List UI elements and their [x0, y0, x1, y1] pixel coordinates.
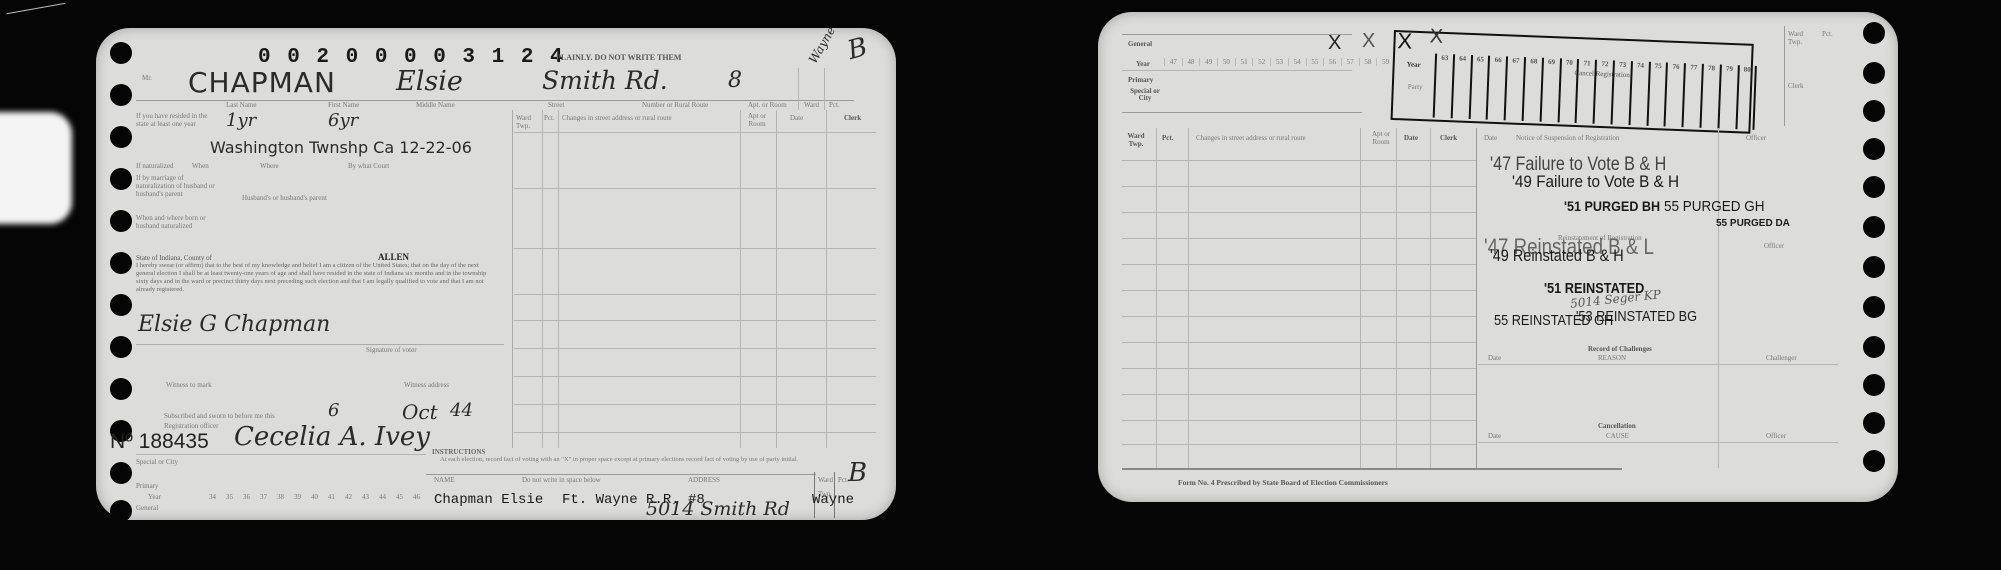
year-cell: 58 — [1359, 58, 1377, 66]
year-strip-left: 47 48 49 50 51 52 53 54 55 56 57 58 59 — [1164, 58, 1394, 66]
footer-label-address: ADDRESS — [688, 476, 720, 484]
footer-rule — [1122, 468, 1622, 470]
year-cell: 57 — [1341, 58, 1359, 66]
table-row-line — [514, 132, 876, 133]
year-cell: 52 — [1252, 58, 1270, 66]
table-col — [542, 110, 543, 448]
state-line: State of Indiana, County of — [136, 254, 212, 262]
year-cell: 44 — [374, 493, 391, 501]
clerk-label-top: Clerk — [1788, 82, 1804, 90]
punch-hole — [110, 500, 132, 522]
witness-address-label: Witness address — [404, 381, 449, 389]
table-row-line — [1122, 420, 1476, 421]
last-name: CHAPMAN — [188, 66, 336, 99]
instructions-text: At each election, record fact of voting … — [440, 456, 820, 464]
punch-hole — [110, 126, 132, 148]
voter-registration-card-back: General Year Primary Special or City 47 … — [1098, 12, 1898, 502]
vote-row-general: General — [1128, 40, 1152, 48]
title-prefix: Mr. — [142, 74, 152, 82]
punch-hole — [110, 210, 132, 232]
footer-label-note: Do not write in space below — [522, 476, 601, 484]
overlay-mark-62: X — [1429, 25, 1443, 48]
table-row-line — [1122, 342, 1476, 343]
cancellation-header-officer: Officer — [1766, 432, 1786, 440]
cancellation-header-date: Date — [1488, 432, 1501, 440]
punch-hole — [110, 336, 132, 358]
challenges-header-challenger: Challenger — [1766, 354, 1797, 362]
vote-row-special: Special or City — [1128, 88, 1162, 102]
year-cell: 37 — [255, 493, 272, 501]
label-middle-name: Middle Name — [416, 101, 455, 109]
vote-mark-56: X — [1328, 32, 1341, 55]
registrar-label: Registration officer — [164, 422, 219, 430]
table-col — [1156, 128, 1157, 468]
vote-mark-58: X — [1362, 30, 1375, 53]
reinstatement-entry: '49 Reinstated B & H — [1490, 246, 1624, 266]
footer-label-ward: Ward — [818, 476, 833, 484]
header-notice: PLAINLY. DO NOT WRITE THEM — [556, 53, 681, 62]
vote-row-general: General — [136, 504, 158, 512]
year-cell: 56 — [1323, 58, 1341, 66]
label-court: By what Court — [348, 162, 389, 170]
table-row-line — [1122, 186, 1476, 187]
table-row-line — [514, 320, 876, 321]
table-col — [1360, 128, 1361, 468]
footer-label-name: NAME — [434, 476, 455, 484]
label-when: When — [192, 162, 209, 170]
husband-label: If by marriage of naturalization of husb… — [136, 174, 216, 198]
table-row-line — [1122, 212, 1476, 213]
scanner-glare — [0, 112, 72, 224]
overlay-mark-61: X — [1397, 28, 1413, 55]
subscribed-day: 6 — [328, 400, 339, 421]
table-col — [1396, 128, 1397, 468]
overlay-year-cell: 80 — [1735, 65, 1757, 130]
changes-header-address: Changes in street address or rural route — [1196, 134, 1306, 142]
oath-text: I hereby swear (or affirm) that to the b… — [136, 262, 496, 294]
registrar-signature: Cecelia A. Ivey — [234, 422, 430, 452]
punch-hole — [1863, 256, 1885, 278]
year-cell: 39 — [289, 493, 306, 501]
voter-signature: Elsie G Chapman — [138, 312, 330, 337]
form-footer: Form No. 4 Prescribed by State Board of … — [1178, 478, 1388, 487]
table-row-line — [1122, 444, 1476, 445]
year-cell: 42 — [340, 493, 357, 501]
punch-hole — [110, 84, 132, 106]
overlay-year-strip: 63 64 65 66 67 68 69 70 71 72 73 74 75 7… — [1433, 54, 1758, 130]
vote-row-special: Special or City — [136, 458, 178, 466]
punch-hole — [1863, 296, 1885, 318]
first-name: Elsie — [396, 66, 463, 97]
changes-header-clerk: Clerk — [1440, 134, 1457, 142]
challenges-header-reason: REASON — [1598, 354, 1626, 362]
label-where: Where — [260, 162, 279, 170]
punch-hole — [1863, 100, 1885, 122]
suspension-entry: 55 PURGED GH — [1664, 198, 1765, 215]
divider — [798, 68, 799, 110]
residence-years-1: 1yr — [226, 110, 256, 131]
table-row-line — [1122, 264, 1476, 265]
cancellation-line — [1478, 442, 1838, 443]
year-cell: 47 — [1164, 58, 1182, 66]
vote-row-primary: Primary — [136, 482, 159, 490]
vote-row-year: Year — [1136, 60, 1150, 68]
label-number-route: Number or Rural Route — [642, 101, 708, 109]
instructions-line — [426, 474, 816, 475]
subscribed-label: Subscribed and sworn to before me this — [164, 412, 275, 420]
punch-hole — [1863, 450, 1885, 472]
table-col — [558, 110, 559, 448]
year-cell: 43 — [357, 493, 374, 501]
label-naturalized: If naturalized — [136, 162, 174, 170]
film-scratch — [6, 3, 65, 14]
punch-hole — [110, 252, 132, 274]
cancellation-title: Cancellation — [1598, 422, 1636, 430]
punch-hole — [1863, 336, 1885, 358]
signature-label: Signature of voter — [366, 346, 417, 354]
year-cell: 54 — [1288, 58, 1306, 66]
table-col — [776, 110, 777, 448]
punch-hole — [1863, 138, 1885, 160]
handwritten-address: 5014 Smith Rd — [646, 498, 790, 520]
table-row-line — [514, 404, 876, 405]
table-col — [740, 110, 741, 448]
table-col — [1430, 128, 1431, 468]
table-row-line — [1122, 316, 1476, 317]
table-col — [1476, 128, 1477, 468]
street-name: Smith Rd. — [542, 66, 668, 95]
instructions-title: INSTRUCTIONS — [432, 448, 485, 456]
year-cell: 36 — [238, 493, 255, 501]
corner-mark: B — [844, 32, 870, 66]
grid-line — [1122, 112, 1362, 113]
punch-hole — [1863, 62, 1885, 84]
column-divider — [512, 110, 513, 448]
changes-header-pct: Pct. — [544, 114, 555, 122]
card-number: Nº 188435 — [110, 430, 209, 454]
year-cell: 48 — [1182, 58, 1200, 66]
prior-residence-label: If you have resided in the state at leas… — [136, 112, 216, 128]
suspension-entry: '49 Failure to Vote B & H — [1512, 172, 1679, 192]
table-row-line — [1122, 290, 1476, 291]
voter-registration-card-front: 0 0 2 0 0 0 0 3 1 2 4 PLAINLY. DO NOT WR… — [96, 28, 896, 520]
punch-hole — [1863, 216, 1885, 238]
table-row-line — [514, 348, 876, 349]
changes-header-apt: Apt or Room — [1368, 130, 1394, 146]
changes-header-clerk: Clerk — [844, 114, 861, 122]
year-cell: 53 — [1270, 58, 1288, 66]
punch-hole — [110, 168, 132, 190]
year-cell: 49 — [1199, 58, 1217, 66]
table-col — [1188, 128, 1189, 468]
changes-header-date: Date — [790, 114, 803, 122]
year-cell: 40 — [306, 493, 323, 501]
suspension-header-notice: Notice of Suspension of Registration — [1516, 134, 1619, 142]
ward-twp-label: Ward Twp. — [1788, 30, 1818, 46]
changes-header-ward: Ward Twp. — [1122, 132, 1150, 148]
reinstatement-officer: Officer — [1764, 242, 1784, 250]
suspension-header-date: Date — [1484, 134, 1497, 142]
table-row-line — [514, 248, 876, 249]
year-cell: 55 — [1306, 58, 1324, 66]
township-entry: Washington Twnshp Ca 12-22-06 — [210, 138, 472, 157]
vote-row-year: Year — [148, 493, 161, 501]
label-first-name: First Name — [328, 101, 359, 109]
divider — [824, 68, 825, 110]
table-col — [826, 110, 827, 448]
table-row-line — [514, 188, 876, 189]
changes-header-address: Changes in street address or rural route — [562, 114, 672, 122]
year-cell: 46 — [408, 493, 425, 501]
punch-hole — [110, 378, 132, 400]
label-street: Street — [548, 101, 564, 109]
year-cell: 35 — [221, 493, 238, 501]
vote-row-primary: Primary — [1128, 76, 1153, 84]
divider — [1784, 26, 1785, 126]
year-cell: 38 — [272, 493, 289, 501]
label-apt-room: Apt. or Room — [748, 101, 787, 109]
year-cell: 50 — [1217, 58, 1235, 66]
overlay-party-label: Party — [1408, 83, 1423, 92]
table-row-line — [1122, 160, 1476, 161]
grid-line — [1122, 70, 1352, 71]
pct-label: Pct. — [1822, 30, 1833, 38]
year-cell: 34 — [204, 493, 221, 501]
year-cell: 41 — [323, 493, 340, 501]
table-row-line — [1122, 368, 1476, 369]
suspension-entry: 55 PURGED DA — [1716, 218, 1790, 229]
street-number: 8 — [728, 68, 742, 93]
table-row-line — [1122, 394, 1476, 395]
changes-header-ward: Ward Twp. — [516, 114, 542, 130]
label-last-name: Last Name — [226, 101, 257, 109]
challenges-line — [1478, 364, 1838, 365]
born-label: When and where born or husband naturaliz… — [136, 214, 226, 230]
table-row-line — [514, 432, 876, 433]
typed-name: Chapman Elsie — [434, 492, 543, 508]
corner-stamp: Wayne — [806, 24, 838, 66]
reinstatement-entry: 55 REINSTATED GH — [1494, 312, 1613, 329]
challenges-title: Record of Challenges — [1588, 345, 1652, 353]
changes-header-date: Date — [1404, 134, 1418, 142]
suspension-entry: '51 PURGED BH — [1564, 198, 1660, 214]
punch-hole — [110, 294, 132, 316]
witness-label: Witness to mark — [166, 381, 212, 389]
challenges-header-date: Date — [1488, 354, 1501, 362]
grid-line — [1122, 34, 1352, 35]
punch-hole — [1863, 374, 1885, 396]
grid-line — [136, 454, 426, 455]
year-cell: 45 — [391, 493, 408, 501]
table-row-line — [1122, 238, 1476, 239]
ward-mark: B — [848, 458, 867, 488]
residence-years-2: 6yr — [328, 110, 358, 131]
year-cell: 51 — [1235, 58, 1253, 66]
punch-hole — [1863, 412, 1885, 434]
typed-city: Wayne — [812, 492, 854, 508]
changes-header-pct: Pct. — [1162, 134, 1173, 142]
punch-hole — [1863, 176, 1885, 198]
subscribed-month: Oct — [402, 400, 438, 424]
overlay-vote-grid: X X Year Party Cancel Registration 63 64… — [1391, 30, 1754, 134]
table-row-line — [514, 294, 876, 295]
subscribed-year: 44 — [450, 400, 473, 421]
year-strip: 34 35 36 37 38 39 40 41 42 43 44 45 46 — [204, 493, 425, 501]
signature-line — [136, 344, 504, 345]
officer-col — [1718, 128, 1719, 468]
punch-hole — [1863, 22, 1885, 44]
punch-hole — [110, 462, 132, 484]
husband-name-label: Husband's or husband's parent — [242, 194, 327, 202]
table-row-line — [514, 376, 876, 377]
year-cell: 59 — [1376, 58, 1394, 66]
punch-hole — [110, 42, 132, 64]
cancellation-header-cause: CAUSE — [1606, 432, 1629, 440]
suspension-header-officer: Officer — [1746, 134, 1766, 142]
label-ward: Ward — [804, 101, 819, 109]
label-pct: Pct. — [829, 101, 840, 109]
county: ALLEN — [378, 252, 409, 262]
overlay-year-label: Year — [1407, 61, 1421, 70]
changes-header-apt: Apt or Room — [744, 112, 770, 128]
